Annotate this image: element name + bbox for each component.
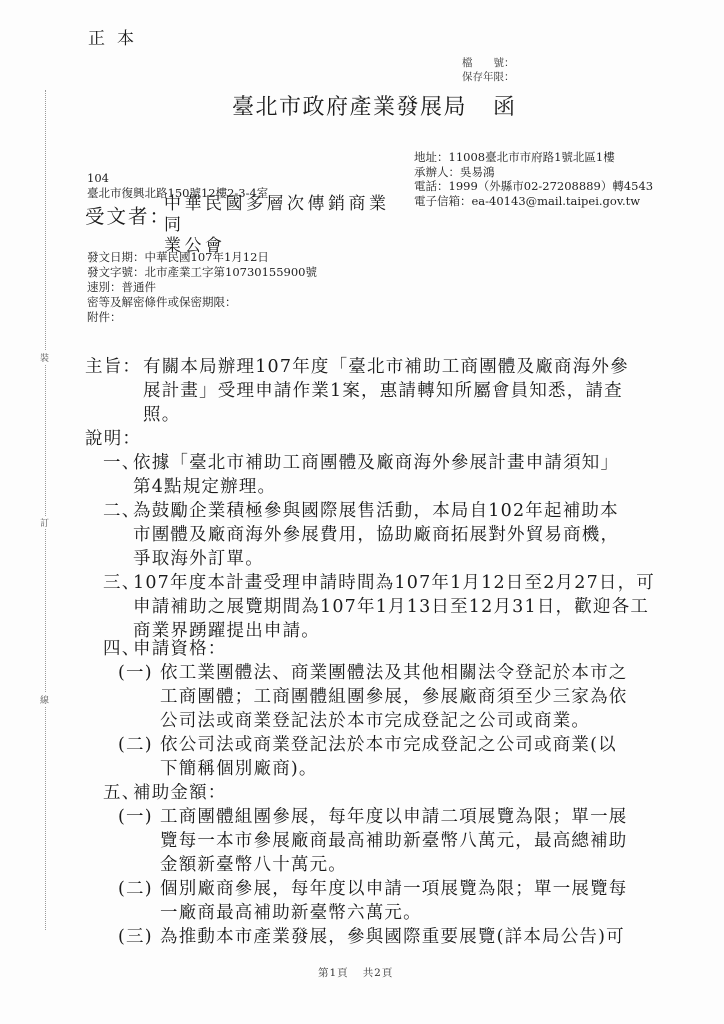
delivery-speed: 速別：普通件 [87,280,317,295]
subject-line: 照。 [143,403,683,427]
subitem-line: 個別廠商參展，每年度以申請一項展覽為限；單一展覽每 [160,877,628,901]
subitem-number: (一) [118,661,153,685]
subject-label: 主旨： [85,355,141,379]
subitem-line: 金額新臺幣八十萬元。 [160,853,628,877]
item-heading: 申請資格： [133,637,227,661]
document-title: 臺北市政府產業發展局函 [232,90,517,121]
page-total: 共2頁 [363,967,394,979]
subitem-number: (一) [118,805,153,829]
agency-address: 地址：11008臺北市市府路1號北區1樓 [414,150,653,165]
page-current: 第1頁 [318,967,349,979]
description-label: 說明： [85,427,141,451]
recipient-name-line: 中華民國多層次傳銷商業同 [164,194,394,236]
classification: 密等及解密條件或保密期限： [87,295,317,310]
issuing-agency: 臺北市政府產業發展局 [232,95,467,120]
item-line: 爭取海外訂單。 [133,547,619,571]
recipient-label: 受文者： [85,201,171,229]
copy-mark: 正本 [88,24,146,49]
subitem-line: 工商團體；工商團體組團參展，參展廠商須至少三家為依 [160,685,628,709]
file-meta: 檔 號： 保存年限： [462,56,515,84]
attachments: 附件： [87,310,317,325]
subitem-line: 工商團體組團參展，每年度以申請二項展覽為限；單一展 [160,805,628,829]
binding-mark-xian: 線 [40,693,49,706]
binding-mark-ding: 訂 [40,516,49,529]
issue-date: 發文日期：中華民國107年1月12日 [87,250,317,265]
subitem-line: 公司法或商業登記法於本市完成登記之公司或商業。 [160,709,628,733]
contact-block: 地址：11008臺北市市府路1號北區1樓 承辦人：吳易鴻 電話：1999（外縣市… [414,150,653,208]
phone: 電話：1999（外縣市02-27208889）轉4543 [414,179,653,194]
document-meta: 發文日期：中華民國107年1月12日 發文字號：北市產業工字第107301559… [87,250,317,325]
item-heading: 補助金額： [133,781,227,805]
document-kind: 函 [493,95,517,120]
retention-label: 保存年限： [462,70,515,84]
item-line: 為鼓勵企業積極參與國際展售活動，本局自102年起補助本 [133,499,619,523]
subitem-number: (二) [118,877,153,901]
subitem-line: 覽每一本市參展廠商最高補助新臺幣八萬元，最高總補助 [160,829,628,853]
subitem-number: (三) [118,925,153,949]
subitem-line: 下簡稱個別廠商)。 [160,757,617,781]
recipient-name: 中華民國多層次傳銷商業同 業公會 [164,194,394,257]
file-number-label: 檔 號： [462,56,515,70]
subitem-line: 一廠商最高補助新臺幣六萬元。 [160,901,628,925]
subject-line: 有關本局辦理107年度「臺北市補助工商團體及廠商海外參 [143,355,683,379]
binding-dotted-line [45,90,46,930]
subitem-line: 為推動本市產業發展，參與國際重要展覽(詳本局公告)可 [160,925,625,949]
postal-code: 104 [87,171,268,186]
item-line: 依據「臺北市補助工商團體及廠商海外參展計畫申請須知」 [133,451,619,475]
email: 電子信箱：ea-40143@mail.taipei.gov.tw [414,194,653,209]
subitem-number: (二) [118,733,153,757]
subitem-line: 依公司法或商業登記法於本市完成登記之公司或商業(以 [160,733,617,757]
subitem-line: 依工業團體法、商業團體法及其他相關法令登記於本市之 [160,661,628,685]
item-line: 市團體及廠商海外參展費用，協助廠商拓展對外貿易商機， [133,523,619,547]
document-number: 發文字號：北市產業工字第10730155900號 [87,265,317,280]
subject-line: 展計畫」受理申請作業1案，惠請轉知所屬會員知悉，請查 [143,379,683,403]
page-footer: 第1頁共2頁 [318,965,393,980]
item-line: 第4點規定辦理。 [133,475,619,499]
item-line: 申請補助之展覽期間為107年1月13日至12月31日，歡迎各工 [133,595,655,619]
subject-text: 有關本局辦理107年度「臺北市補助工商團體及廠商海外參 展計畫」受理申請作業1案… [143,355,683,427]
handler: 承辦人：吳易鴻 [414,165,653,180]
item-line: 107年度本計畫受理申請時間為107年1月12日至2月27日，可 [133,571,655,595]
binding-mark-zhuang: 裝 [40,351,49,364]
